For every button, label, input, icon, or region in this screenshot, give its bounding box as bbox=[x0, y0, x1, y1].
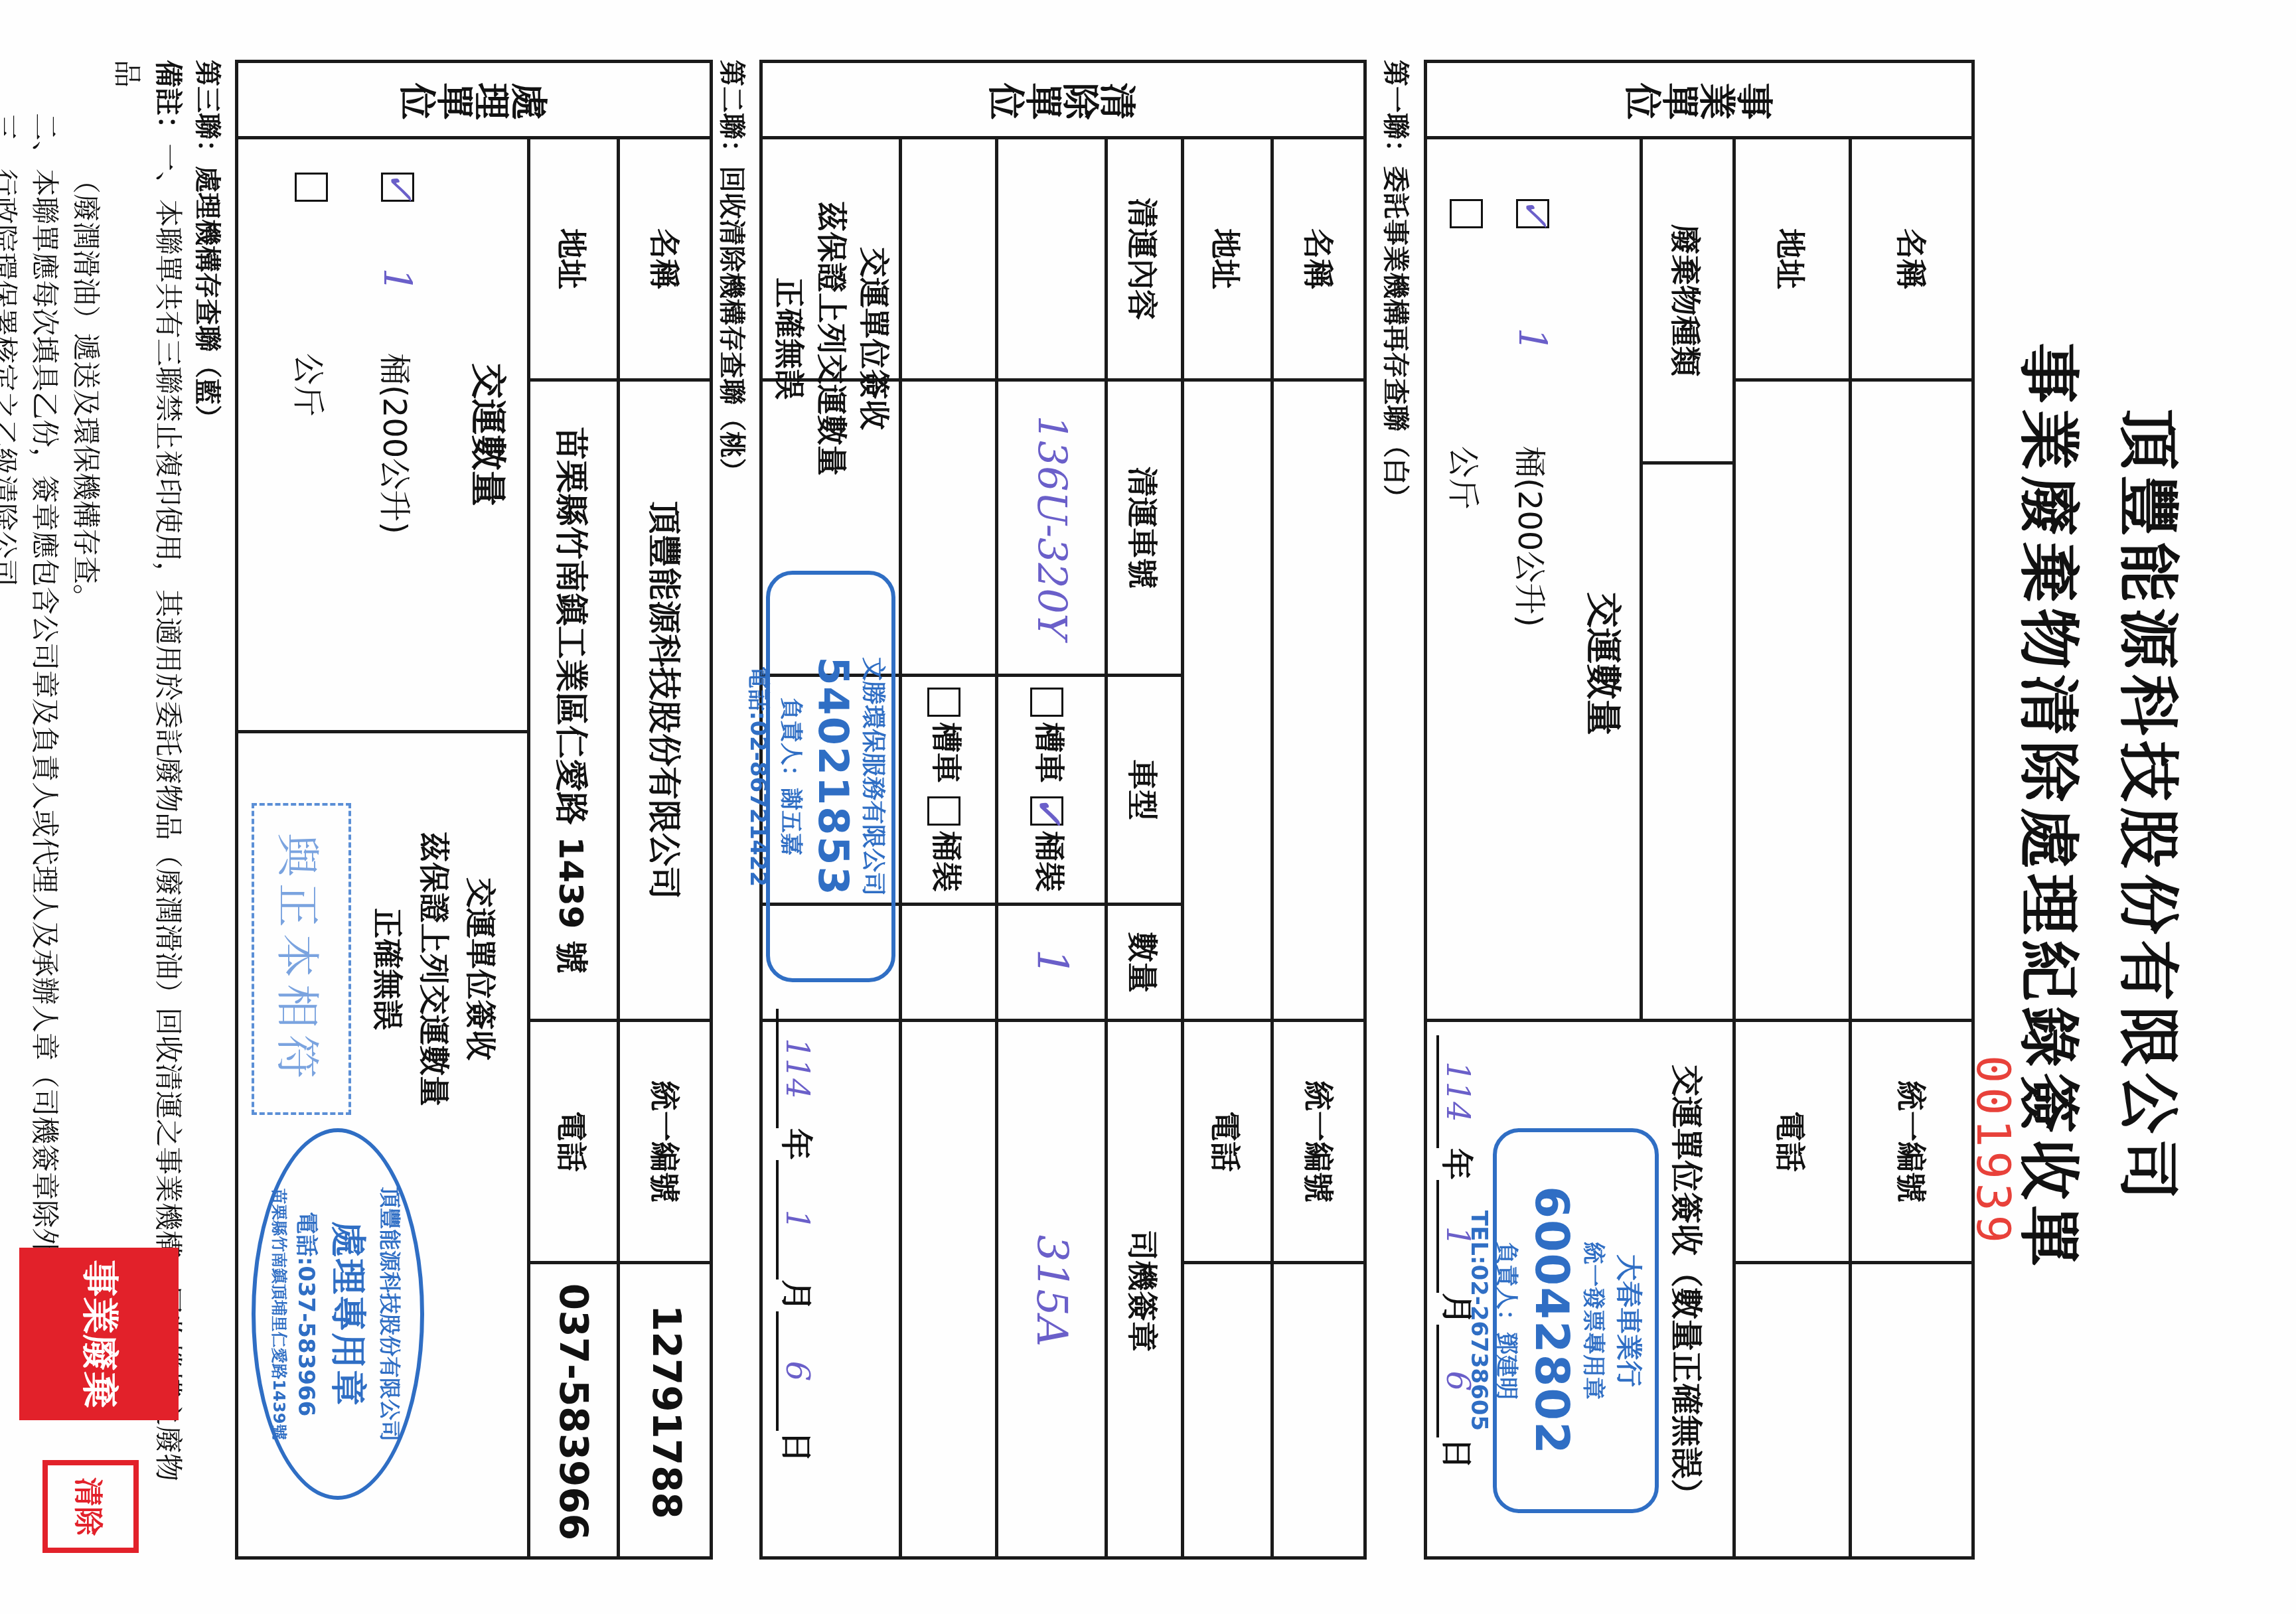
barrel-truck-checkbox-2[interactable] bbox=[928, 796, 961, 826]
processor-quantity-title: 交運數量 bbox=[464, 139, 517, 730]
driver-label: 司機簽章 bbox=[1108, 1022, 1181, 1560]
generator-qty-barrel[interactable]: ✓ 1 桶(200公升) bbox=[1506, 199, 1559, 995]
waste-receipt-form: 頂豐能源科技股份有限公司 事業廢棄物清除處理紀錄簽收單 001939 事業單位 … bbox=[0, 0, 2296, 1614]
collector-phone-field[interactable] bbox=[1184, 1264, 1270, 1560]
company-title: 頂豐能源科技股份有限公司 bbox=[2109, 0, 2196, 1614]
collector-section-label: 清除單位 bbox=[759, 60, 1367, 136]
plate-label: 清運車號 bbox=[1108, 382, 1181, 674]
content-label: 清運內容 bbox=[1108, 139, 1181, 378]
form-title: 事業廢棄物清除處理紀錄簽收單 bbox=[2009, 0, 2097, 1614]
generator-date[interactable]: 114年 1月 6日 bbox=[1436, 1035, 1483, 1546]
waste-type-label: 廢棄物種類 bbox=[1643, 139, 1732, 461]
generator-phone-field[interactable] bbox=[1736, 1264, 1849, 1560]
vehicle-type-label: 車型 bbox=[1108, 677, 1181, 903]
generator-address-field[interactable] bbox=[1736, 382, 1849, 1019]
processor-kg-checkbox[interactable] bbox=[295, 173, 328, 202]
red-seal-small: 清除 bbox=[42, 1460, 139, 1553]
certified-copy-stamp: 與正本相符 bbox=[252, 803, 351, 1115]
processor-sign-text: 交運單位簽收 茲保證上列交運數量 正確無誤 bbox=[358, 737, 504, 1201]
vehicle-type-row2[interactable]: 槽車 桶裝 bbox=[902, 677, 995, 903]
collector-address-label: 地址 bbox=[1184, 139, 1270, 378]
generator-copy-label: 第一聯：委託事業機構再存查聯（白） bbox=[1379, 60, 1416, 856]
kg-checkbox[interactable] bbox=[1450, 199, 1483, 228]
processor-address-label: 地址 bbox=[530, 139, 617, 378]
processor-taxid-label: 統一編號 bbox=[620, 1022, 713, 1261]
tanker-checkbox[interactable] bbox=[1031, 688, 1064, 717]
quantity-label: 數量 bbox=[1108, 906, 1181, 1019]
collector-phone-label: 電話 bbox=[1184, 1022, 1270, 1261]
collector-name-field[interactable] bbox=[1274, 382, 1367, 1019]
driver-signature-field[interactable]: 315A bbox=[998, 1022, 1105, 1560]
processor-phone-label: 電話 bbox=[530, 1022, 617, 1261]
generator-name-label: 名稱 bbox=[1852, 139, 1975, 378]
collector-taxid-field[interactable] bbox=[1274, 1264, 1367, 1560]
processor-phone-field[interactable]: 037-583966 bbox=[530, 1264, 617, 1560]
waste-type-field[interactable] bbox=[1643, 465, 1732, 1019]
generator-taxid-field[interactable] bbox=[1852, 1264, 1975, 1560]
collector-taxid-label: 統一編號 bbox=[1274, 1022, 1367, 1261]
generator-company-stamp: 大春車業行 統一發票專用章 60042802 負責人：鄧建明 TEL:02-26… bbox=[1493, 1128, 1659, 1513]
barrel-truck-checkbox[interactable]: ✓ bbox=[1031, 796, 1064, 826]
generator-section-label: 事業單位 bbox=[1424, 60, 1975, 136]
generator-name-field[interactable] bbox=[1852, 382, 1975, 1019]
processor-taxid-field[interactable]: 12791788 bbox=[620, 1264, 713, 1560]
collector-name-label: 名稱 bbox=[1274, 139, 1367, 378]
processor-section-label: 處理單位 bbox=[235, 60, 713, 136]
generator-sign-text: 交運單位簽收（數量正確無誤） bbox=[1665, 1035, 1712, 1540]
generator-taxid-label: 統一編號 bbox=[1852, 1022, 1975, 1261]
processor-qty-barrel[interactable]: ✓ 1 桶(200公升) bbox=[371, 173, 424, 730]
collector-company-stamp: 文勝環保服務有限公司 54021853 負責人：謝五嘉 電話:02-867214… bbox=[766, 571, 895, 982]
processor-copy-label: 第三聯：處理機構存查聯（藍） bbox=[191, 60, 228, 856]
barrel-checkbox[interactable]: ✓ bbox=[1516, 199, 1549, 228]
processor-name-field[interactable]: 頂豐能源科技股份有限公司 bbox=[620, 382, 713, 1019]
processor-company-stamp: 頂豐能源科技股份有限公司 處理專用章 電話:037-583966 苗栗縣竹南鎮頂… bbox=[252, 1128, 424, 1500]
collector-sign-text: 交運單位簽收 茲保證上列交運數量 正確無誤 bbox=[763, 139, 895, 538]
generator-phone-label: 電話 bbox=[1736, 1022, 1849, 1261]
collector-copy-label: 第二聯：回收清除機構存查聯（桃） bbox=[715, 60, 753, 856]
processor-name-label: 名稱 bbox=[620, 139, 713, 378]
vehicle-type-row1[interactable]: 槽車 ✓桶裝 bbox=[998, 677, 1105, 903]
generator-quantity-title: 交運數量 bbox=[1579, 465, 1632, 863]
plate-field[interactable]: 136U-320Y bbox=[998, 382, 1105, 674]
quantity-field[interactable]: 1 bbox=[998, 906, 1105, 1019]
generator-address-label: 地址 bbox=[1736, 139, 1849, 378]
tanker-checkbox-2[interactable] bbox=[928, 688, 961, 717]
collector-address-field[interactable] bbox=[1184, 382, 1270, 1019]
processor-barrel-checkbox[interactable]: ✓ bbox=[381, 173, 414, 202]
red-seal-large: 事業廢棄 bbox=[19, 1248, 179, 1420]
processor-qty-kg[interactable]: 公斤 bbox=[285, 173, 338, 730]
collector-date[interactable]: 114年 1月 6日 bbox=[776, 1009, 822, 1553]
generator-qty-kg[interactable]: 公斤 bbox=[1440, 199, 1493, 995]
processor-address-field[interactable]: 苗栗縣竹南鎮工業區仁愛路 1439 號 bbox=[530, 382, 617, 1019]
